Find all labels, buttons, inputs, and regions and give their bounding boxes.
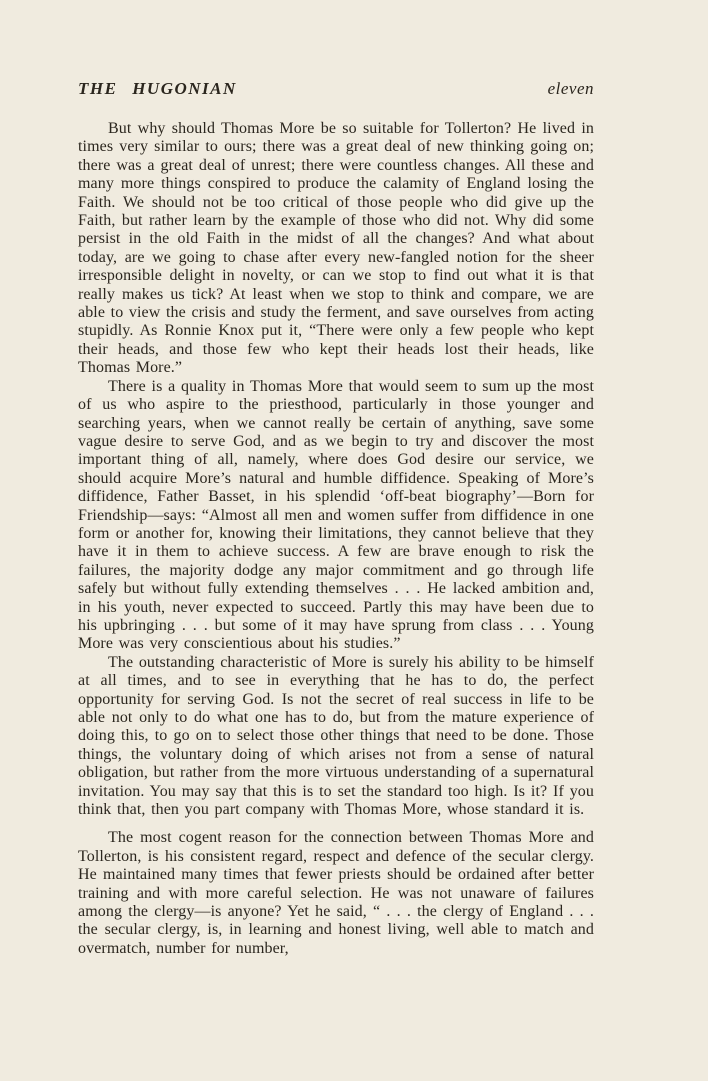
paragraph-quality-diffidence: There is a quality in Thomas More that w… [78, 378, 594, 654]
page-number: eleven [548, 79, 594, 99]
body-text: But why should Thomas More be so suitabl… [78, 120, 594, 958]
page-header: THE HUGONIAN eleven [78, 79, 594, 99]
paragraph-outstanding-characteristic: The outstanding characteristic of More i… [78, 654, 594, 820]
journal-title: THE HUGONIAN [78, 79, 237, 99]
paragraph-cogent-reason: The most cogent reason for the connectio… [78, 829, 594, 958]
scanned-page: THE HUGONIAN eleven But why should Thoma… [0, 0, 708, 1081]
paragraph-why-thomas-more: But why should Thomas More be so suitabl… [78, 120, 594, 378]
